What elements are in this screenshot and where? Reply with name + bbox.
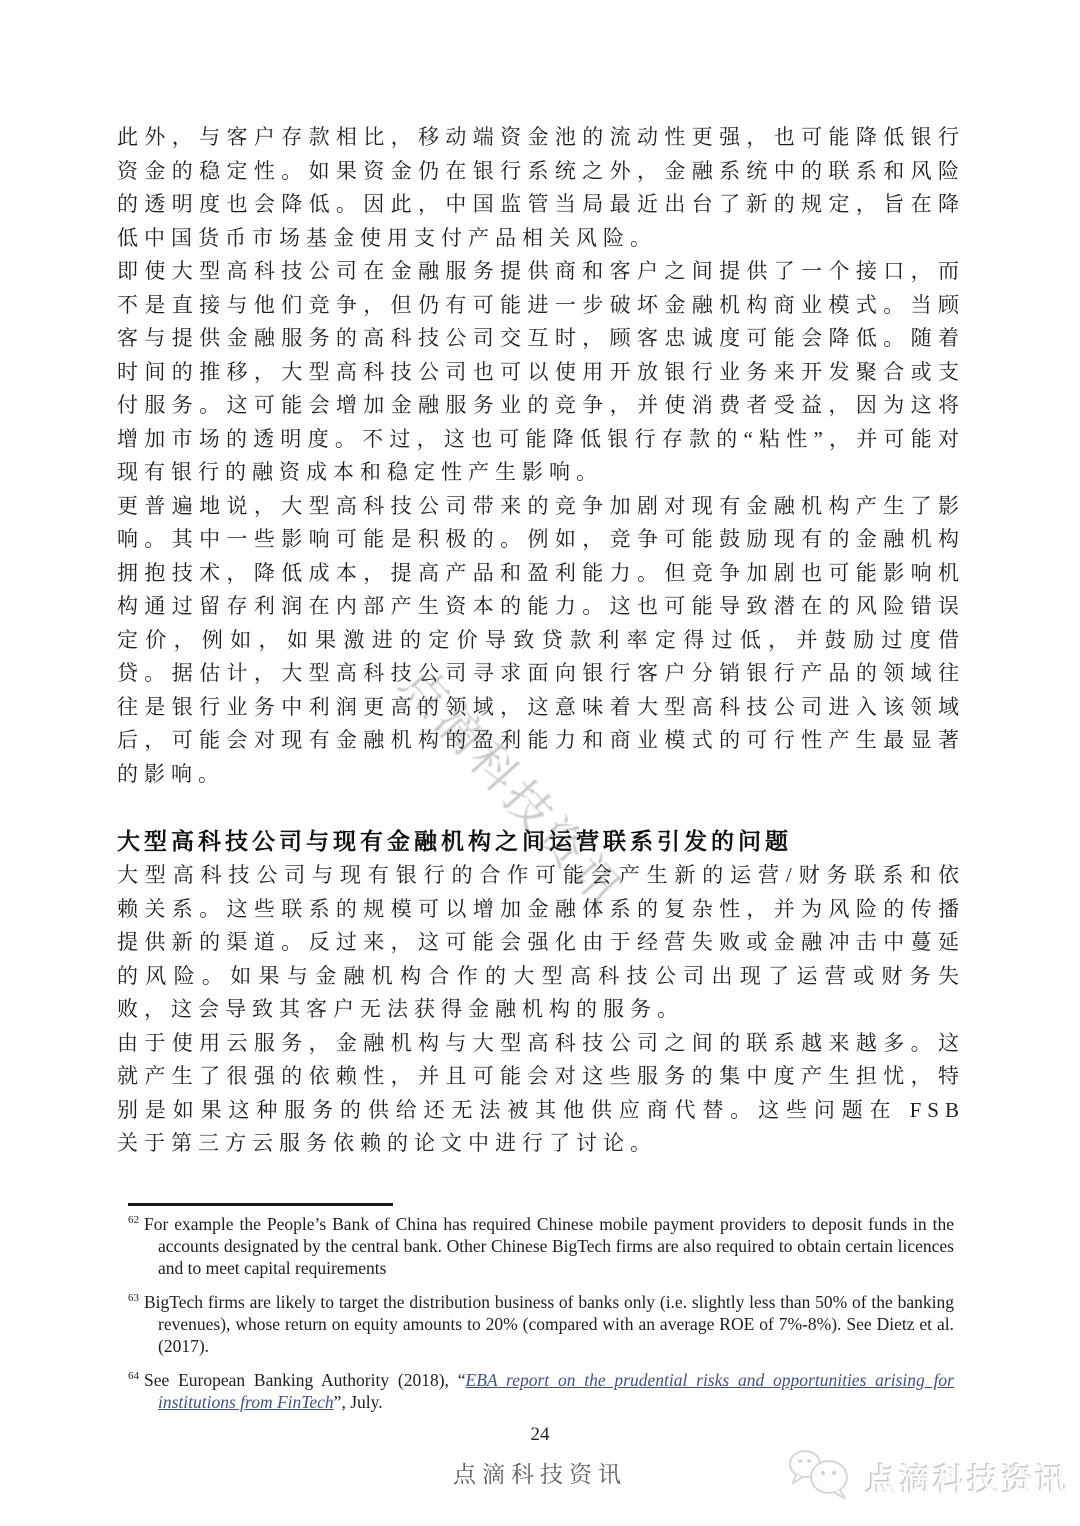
section-heading: 大型高科技公司与现有金融机构之间运营联系引发的问题 [117, 825, 965, 859]
brand-logo: 点滴科技资讯 [784, 1444, 1070, 1511]
footnote-62: 62For example the People’s Bank of China… [128, 1213, 954, 1279]
footnote-64: 64See European Banking Authority (2018),… [128, 1369, 954, 1413]
document-page: 点滴科技资讯 此外，与客户存款相比，移动端资金池的流动性更强，也可能降低银行资金… [0, 0, 1080, 1526]
footnote-number: 63 [128, 1292, 139, 1304]
body-text-block: 此外，与客户存款相比，移动端资金池的流动性更强，也可能降低银行资金的稳定性。如果… [117, 121, 965, 1161]
footnote-text: ”, July. [334, 1392, 383, 1412]
footnote-number: 62 [128, 1214, 139, 1226]
footnote-63: 63BigTech firms are likely to target the… [128, 1291, 954, 1357]
paragraph: 由于使用云服务，金融机构与大型高科技公司之间的联系越来越多。这就产生了很强的依赖… [117, 1027, 965, 1161]
footnote-text: For example the People’s Bank of China h… [144, 1214, 954, 1278]
footnote-separator [128, 1203, 393, 1206]
paragraph: 此外，与客户存款相比，移动端资金池的流动性更强，也可能降低银行资金的稳定性。如果… [117, 121, 965, 255]
page-number: 24 [0, 1424, 1080, 1446]
chat-bubbles-icon [784, 1444, 860, 1511]
footnote-text: BigTech firms are likely to target the d… [144, 1292, 954, 1356]
footnote-number: 64 [128, 1370, 139, 1382]
brand-logo-text: 点滴科技资讯 [866, 1455, 1070, 1500]
footnote-text: See European Banking Authority (2018), “ [144, 1370, 466, 1390]
footnotes-section: 62For example the People’s Bank of China… [128, 1203, 954, 1425]
paragraph: 即使大型高科技公司在金融服务提供商和客户之间提供了一个接口，而不是直接与他们竞争… [117, 255, 965, 490]
paragraph: 大型高科技公司与现有银行的合作可能会产生新的运营/财务联系和依赖关系。这些联系的… [117, 859, 965, 1027]
paragraph: 更普遍地说，大型高科技公司带来的竞争加剧对现有金融机构产生了影响。其中一些影响可… [117, 490, 965, 792]
